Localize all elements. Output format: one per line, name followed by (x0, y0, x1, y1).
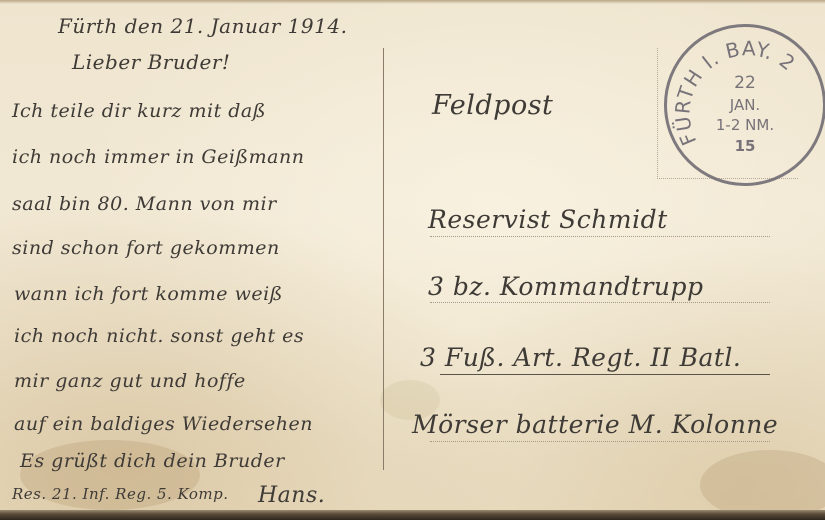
address-line-battery: Mörser batterie M. Kolonne (412, 410, 778, 439)
center-divider (383, 48, 384, 470)
paper-stain (700, 450, 825, 512)
postmark-day: 22 (667, 75, 823, 92)
address-line-regiment: 3 Fuß. Art. Regt. II Batl. (420, 343, 741, 372)
address-rule (430, 236, 770, 237)
message-line: ich noch nicht. sonst geht es (14, 325, 304, 347)
message-line: ich noch immer in Geißmann (12, 146, 304, 168)
address-rule (430, 302, 770, 303)
address-rule (430, 441, 770, 442)
postmark-time: 1-2 NM. (667, 117, 823, 134)
postcard: Fürth den 21. Januar 1914. Lieber Bruder… (0, 0, 825, 512)
address-underline (440, 374, 770, 375)
dateline: Fürth den 21. Januar 1914. (58, 14, 347, 38)
message-line: Es grüßt dich dein Bruder (20, 450, 285, 472)
card-bottom-edge (0, 510, 825, 520)
signature: Hans. (258, 483, 325, 508)
sender-unit: Res. 21. Inf. Reg. 5. Komp. (12, 485, 228, 503)
message-line: auf ein baldiges Wiedersehen (14, 413, 313, 435)
message-line: Ich teile dir kurz mit daß (12, 100, 266, 122)
message-line: mir ganz gut und hoffe (14, 370, 246, 392)
feldpost-mark: Feldpost (432, 90, 553, 121)
message-line: wann ich fort komme weiß (14, 283, 283, 305)
address-line-recipient: Reservist Schmidt (428, 205, 668, 234)
postmark-month: JAN. (667, 97, 823, 114)
postmark-year: 15 (667, 138, 823, 155)
address-line-unit: 3 bz. Kommandtrupp (428, 272, 704, 301)
salutation: Lieber Bruder! (72, 50, 230, 74)
message-line: saal bin 80. Mann von mir (12, 193, 277, 215)
card-top-edge (0, 0, 825, 4)
postmark: FÜRTH I. BAY. 2 22 JAN. 1-2 NM. 15 (664, 24, 825, 186)
message-line: sind schon fort gekommen (12, 237, 280, 259)
